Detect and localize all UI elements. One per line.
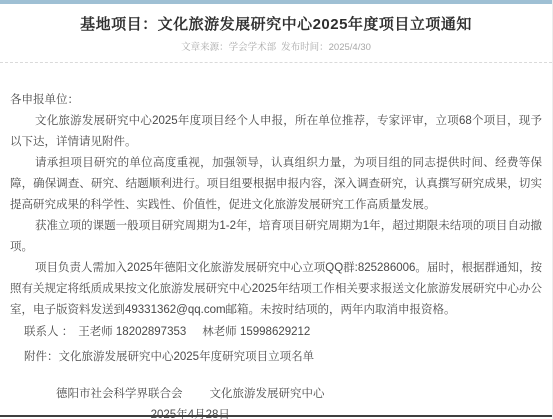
attachment-line: 附件：文化旅游发展研究中心2025年度研究项目立项名单	[10, 347, 542, 368]
contact-line: 联系人 ：王老师 18202897353林老师 15998629212	[10, 322, 542, 343]
contact-name-2: 林老师	[202, 326, 237, 338]
meta-publish-label: 发布时间：	[281, 42, 329, 53]
contact-phone-2: 15998629212	[240, 326, 310, 338]
notice-page: 基地项目：文化旅游发展研究中心2025年度项目立项通知 文章来源：学会学术部发布…	[0, 0, 553, 419]
paragraph-research-period: 获准立项的课题一般项目研究周期为1-2年，培育项目研究周期为1年，超过期限未结项…	[10, 216, 542, 258]
meta-publish-value: 2025/4/30	[329, 42, 371, 53]
page-title: 基地项目：文化旅游发展研究中心2025年度项目立项通知	[8, 14, 544, 36]
paragraph-project-approval: 文化旅游发展研究中心2025年度项目经个人申报，所在单位推荐，专家评审，立项68…	[10, 111, 542, 153]
contact-phone-1: 18202897353	[116, 326, 186, 338]
attachment-name: 文化旅游发展研究中心2025年度研究项目立项名单	[59, 351, 315, 363]
paragraph-qq-group-submission: 项目负责人需加入2025年德阳文化旅游发展研究中心立项QQ群:825286006…	[10, 258, 542, 321]
signature-org-center: 文化旅游发展研究中心	[210, 388, 325, 400]
salutation: 各申报单位：	[10, 90, 542, 111]
contact-person-1: 王老师 18202897353	[78, 326, 186, 338]
article-meta: 文章来源：学会学术部发布时间：2025/4/30	[0, 39, 552, 63]
signature-orgs: 德阳市社会科学界联合会文化旅游发展研究中心	[56, 384, 325, 405]
notice-body: 各申报单位： 文化旅游发展研究中心2025年度项目经个人申报，所在单位推荐，专家…	[0, 90, 552, 419]
meta-source-value: 学会学术部	[229, 42, 277, 53]
meta-source-label: 文章来源：	[181, 42, 229, 53]
paragraph-requirements: 请承担项目研究的单位高度重视，加强领导，认真组织力量，为项目组的同志提供时间、经…	[10, 153, 542, 216]
contact-label: 联系人 ：	[24, 326, 73, 338]
signature-block: 德阳市社会科学界联合会文化旅游发展研究中心 2025年4月28日	[56, 384, 325, 419]
contact-person-2: 林老师 15998629212	[202, 326, 310, 338]
notice-header: 基地项目：文化旅游发展研究中心2025年度项目立项通知 文章来源：学会学术部发布…	[0, 14, 552, 63]
top-accent-bar	[0, 0, 552, 4]
contact-name-1: 王老师	[78, 326, 113, 338]
attachment-label: 附件：	[24, 351, 59, 363]
bottom-border-line	[0, 415, 552, 417]
signature-org-federation: 德阳市社会科学界联合会	[56, 388, 183, 400]
